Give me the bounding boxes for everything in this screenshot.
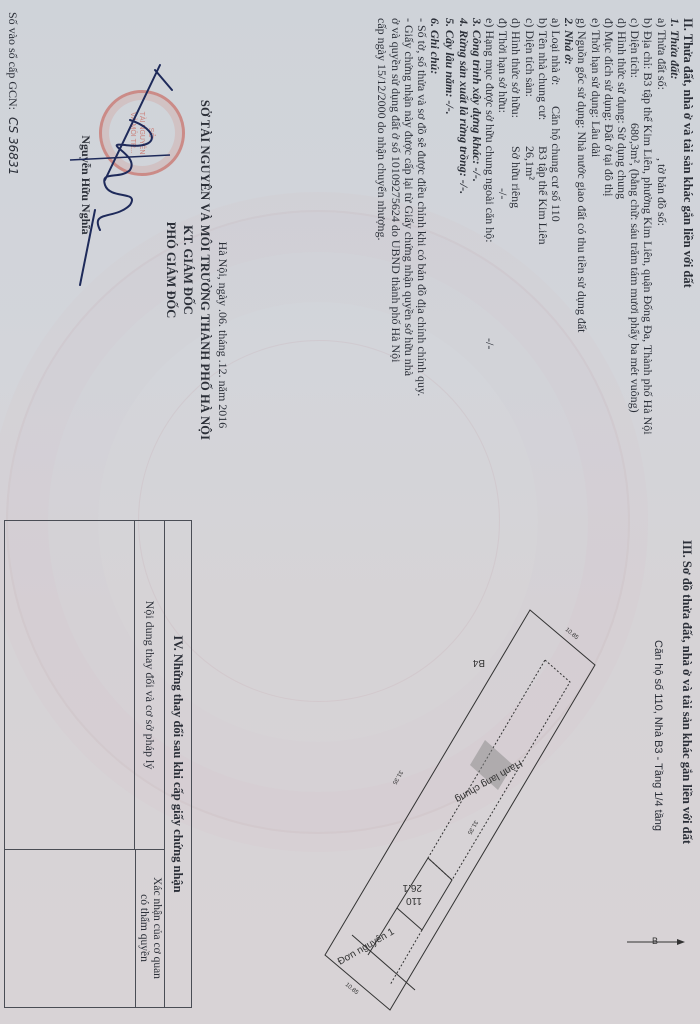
section3-heading: III. Sơ đồ thửa đất, nhà ở và tài sản kh… <box>679 540 694 844</box>
registry-value: CS 36831 <box>6 117 20 175</box>
other-works: 3. Công trình xây dựng khác: -/-. <box>470 18 483 518</box>
notes: 6. Ghi chú: - Số tờ, số thửa và sơ đồ sẽ… <box>375 18 441 518</box>
registry-number: Số vào sổ cấp GCN: CS 36831 <box>5 12 20 175</box>
address-row: b) Địa chỉ: B3 tập thể Kim Liên, phường … <box>641 18 654 518</box>
land-heading: 1. Thửa đất: <box>668 18 681 518</box>
plan-building-label: B4 <box>472 657 485 668</box>
own-term-label: đ) Thời hạn sở hữu: <box>496 18 510 113</box>
origin-value: Nhà nước giao đất có thu tiền sử dụng đấ… <box>575 132 589 333</box>
own-term-value: -/- <box>496 188 509 199</box>
shared-row: e) Hạng mục được sở hữu chung ngoài căn … <box>483 18 496 518</box>
use-form-row: d) Hình thức sử dụng: Sử dụng chung <box>615 18 628 518</box>
section4-heading: IV. Những thay đổi sau khi cấp giấy chứn… <box>164 521 191 1007</box>
house-heading: 2. Nhà ở: <box>562 18 575 518</box>
changes-table: IV. Những thay đổi sau khi cấp giấy chứn… <box>4 520 192 1008</box>
ownership-value: Sở hữu riêng <box>509 146 522 208</box>
section3-subtitle: Căn hộ số 110, Nhà B3 - Tầng 1/4 tầng <box>652 640 664 831</box>
floor-plan-diagram: B4 Hành lang chung 110 26.1 Đơn nguyên 1… <box>270 590 600 1020</box>
purpose-label: đ) Mục đích sử dụng: <box>602 18 616 121</box>
building-label: b) Tên nhà chung cư: <box>536 18 550 120</box>
house-type-label: a) Loại nhà ở: <box>549 18 563 85</box>
area-label: c) Diện tích: <box>628 18 642 78</box>
section2-heading: II. Thửa đất, nhà ở và tài sản khác gắn … <box>681 18 694 518</box>
purpose-row: đ) Mục đích sử dụng: Đất ở tại đô thị <box>602 18 615 518</box>
area-value: 680,3m², (bằng chữ: sáu trăm tám mươi ph… <box>628 123 641 413</box>
issue-date: Hà Nội, ngày .06. tháng .12. năm 2016 <box>215 190 230 480</box>
origin-row: g) Nguồn gốc sử dụng: Nhà nước giao đất … <box>575 18 588 518</box>
note-line-1: - Số tờ, số thửa và sơ đồ sẽ được điều c… <box>415 18 428 518</box>
area-row: c) Diện tích: 680,3m², (bằng chữ: sáu tr… <box>628 18 641 518</box>
plan-short-side: 10.85 <box>344 982 360 997</box>
handwritten-signature <box>40 60 200 290</box>
map-sheet-label: , tờ bản đồ số: <box>654 158 667 226</box>
ownership-row: d) Hình thức sở hữu: Sở hữu riêng <box>509 18 522 518</box>
plan-long-side: 31.35 <box>465 819 478 836</box>
term-row: e) Thời hạn sử dụng: Lâu dài <box>588 18 601 518</box>
address-value: B3 tập thể Kim Liên, phường Kim Liên, qu… <box>641 72 655 434</box>
forest: 4. Rừng sản xuất là rừng trồng: -/-. <box>456 18 469 518</box>
term-value: Lâu dài <box>589 121 603 157</box>
parcel-row: a) Thửa đất số: , tờ bản đồ số: <box>654 18 667 518</box>
confirmation-header-line2: có thẩm quyền <box>137 849 150 1007</box>
floor-area-row: c) Diện tích sàn: 26,1m² <box>522 18 535 518</box>
floor-area-value: 26,1m² <box>522 146 535 180</box>
confirmation-column-header: Xác nhận của cơ quan có thẩm quyền <box>135 849 165 1007</box>
section-land-and-house: II. Thửa đất, nhà ở và tài sản khác gắn … <box>375 18 694 518</box>
note-line-2: - Giấy chứng nhận này được cấp lại từ Gi… <box>375 18 415 378</box>
floor-area-label: c) Diện tích sàn: <box>523 18 537 97</box>
north-arrow-icon: B <box>625 935 685 949</box>
own-term-row: đ) Thời hạn sở hữu: -/- <box>496 18 509 518</box>
perennial: 5. Cây lâu năm: -/-. <box>443 18 456 518</box>
purpose-value: Đất ở tại đô thị <box>602 124 616 196</box>
use-form-value: Sử dụng chung <box>615 127 629 200</box>
address-label: b) Địa chỉ: <box>641 18 655 69</box>
confirmation-header-line1: Xác nhận của cơ quan <box>150 849 163 1007</box>
building-value: B3 tập thể Kim Liên <box>536 146 549 245</box>
ownership-label: d) Hình thức sở hữu: <box>509 18 523 118</box>
certificate-page: II. Thửa đất, nhà ở và tài sản khác gắn … <box>0 0 700 1024</box>
plan-entrance-label: Đơn nguyên 1 <box>336 926 397 967</box>
term-label: e) Thời hạn sử dụng: <box>589 18 603 118</box>
house-type-value: Căn hộ chung cư số 110 <box>549 106 562 222</box>
north-label: B <box>652 936 658 946</box>
shared-label: e) Hạng mục được sở hữu chung ngoài căn … <box>483 18 497 243</box>
parcel-label: a) Thửa đất số: <box>655 18 669 90</box>
house-type-row: a) Loại nhà ở: Căn hộ chung cư số 110 <box>549 18 562 518</box>
plan-unit-area: 26.1 <box>402 882 422 893</box>
registry-label: Số vào sổ cấp GCN: <box>6 12 20 110</box>
building-row: b) Tên nhà chung cư: B3 tập thể Kim Liên <box>536 18 549 518</box>
plan-long-side: 31.35 <box>390 769 403 786</box>
notes-heading: 6. Ghi chú: <box>428 18 441 518</box>
use-form-label: d) Hình thức sử dụng: <box>615 18 629 124</box>
origin-label: g) Nguồn gốc sử dụng: <box>575 18 589 129</box>
shared-value: -/- <box>483 338 496 349</box>
plan-short-side: 10.85 <box>564 627 580 642</box>
column-divider <box>5 849 135 850</box>
plan-unit-number: 110 <box>406 895 422 906</box>
changes-column-header: Nội dung thay đổi và cơ sở pháp lý <box>134 521 165 850</box>
